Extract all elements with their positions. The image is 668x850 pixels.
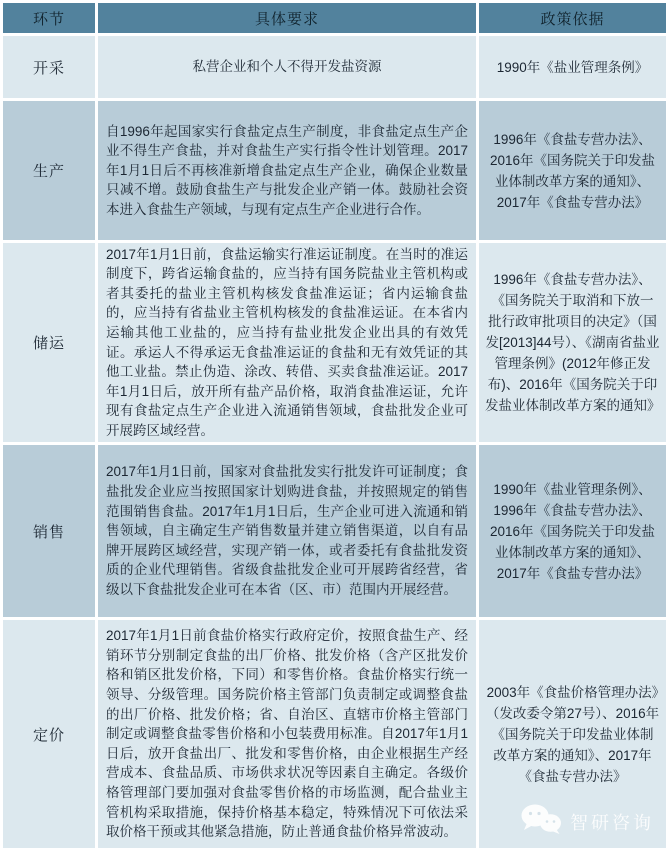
watermark-text: 智研咨询 bbox=[570, 809, 654, 835]
policy-text: 1996年《食盐专营办法》、《国务院关于取消和下放一批行政审批项目的决定》（国发… bbox=[485, 269, 660, 416]
policy-table: 环节 具体要求 政策依据 开采 私营企业和个人不得开发盐资源 1990年《盐业管… bbox=[0, 0, 668, 850]
requirement-text: 私营企业和个人不得开发盐资源 bbox=[193, 57, 382, 77]
stage-cell-mining: 开采 bbox=[3, 36, 95, 98]
policy-cell-production: 1996年《食盐专营办法》、2016年《国务院关于印发盐业体制改革方案的通知》、… bbox=[479, 101, 666, 240]
requirement-text: 自1996年起国家实行食盐定点生产制度，非食盐定点生产企业不得生产食盐，并对食盐… bbox=[106, 122, 468, 220]
policy-cell-mining: 1990年《盐业管理条例》 bbox=[479, 36, 666, 98]
policy-cell-sales: 1990年《盐业管理条例》、1996年《食盐专营办法》、2016年《国务院关于印… bbox=[479, 445, 666, 617]
policy-text: 1990年《盐业管理条例》、1996年《食盐专营办法》、2016年《国务院关于印… bbox=[485, 479, 660, 584]
requirement-cell-pricing: 2017年1月1日前食盐价格实行政府定价，按照食盐生产、经销环节分别制定食盐的出… bbox=[98, 620, 476, 848]
requirement-cell-mining: 私营企业和个人不得开发盐资源 bbox=[98, 36, 476, 98]
watermark: 智研咨询 bbox=[520, 803, 654, 840]
salt-policy-table-page: 环节 具体要求 政策依据 开采 私营企业和个人不得开发盐资源 1990年《盐业管… bbox=[0, 0, 668, 850]
requirement-cell-production: 自1996年起国家实行食盐定点生产制度，非食盐定点生产企业不得生产食盐，并对食盐… bbox=[98, 101, 476, 240]
stage-cell-sales: 销售 bbox=[3, 445, 95, 617]
policy-cell-storage-transport: 1996年《食盐专营办法》、《国务院关于取消和下放一批行政审批项目的决定》（国发… bbox=[479, 243, 666, 442]
stage-cell-storage-transport: 储运 bbox=[3, 243, 95, 442]
stage-cell-production: 生产 bbox=[3, 101, 95, 240]
header-stage: 环节 bbox=[3, 3, 95, 33]
header-policy: 政策依据 bbox=[479, 3, 666, 33]
policy-text: 1996年《食盐专营办法》、2016年《国务院关于印发盐业体制改革方案的通知》、… bbox=[485, 129, 660, 213]
requirement-cell-storage-transport: 2017年1月1日前，食盐运输实行准运证制度。在当时的准运制度下，跨省运输食盐的… bbox=[98, 243, 476, 442]
requirement-cell-sales: 2017年1月1日前，国家对食盐批发实行批发许可证制度；食盐批发企业应当按照国家… bbox=[98, 445, 476, 617]
policy-text: 1990年《盐业管理条例》 bbox=[497, 57, 649, 78]
requirement-text: 2017年1月1日前，食盐运输实行准运证制度。在当时的准运制度下，跨省运输食盐的… bbox=[106, 245, 468, 441]
wechat-icon bbox=[520, 803, 562, 840]
requirement-text: 2017年1月1日前食盐价格实行政府定价，按照食盐生产、经销环节分别制定食盐的出… bbox=[106, 626, 468, 842]
requirement-text: 2017年1月1日前，国家对食盐批发实行批发许可证制度；食盐批发企业应当按照国家… bbox=[106, 462, 468, 599]
policy-text: 2003年《食盐价格管理办法》（发改委令第27号）、2016年《国务院关于印发盐… bbox=[485, 682, 660, 787]
header-requirement: 具体要求 bbox=[98, 3, 476, 33]
stage-cell-pricing: 定价 bbox=[3, 620, 95, 848]
